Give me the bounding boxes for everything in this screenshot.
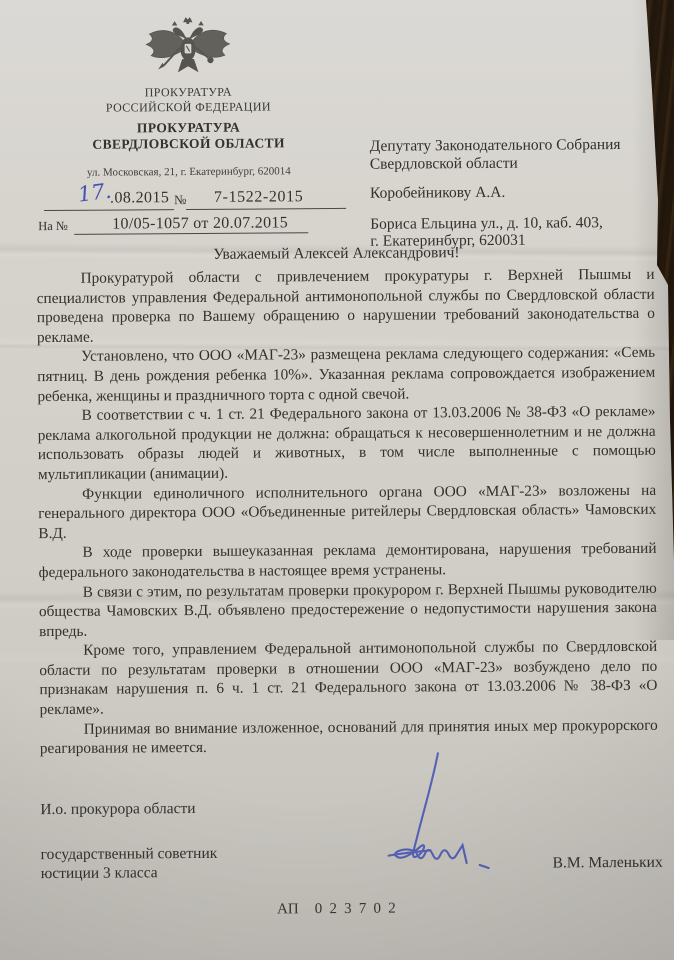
recipient-name: Коробейникову А.А.: [370, 183, 654, 202]
reference-label: На №: [38, 219, 68, 234]
recipient-block: Депутату Законодательного Собрания Сверд…: [370, 136, 655, 250]
salutation: Уважаемый Алексей Александрович!: [36, 243, 636, 265]
form-number-prefix: АП: [277, 901, 299, 917]
org-region-line1: ПРОКУРАТУРА: [55, 119, 321, 137]
signer-position: И.о. прокурора области: [40, 800, 195, 819]
number-sign: №: [174, 192, 187, 208]
body-paragraph: Прокуратурой области с привлечением прок…: [37, 265, 656, 348]
body-paragraph: В ходе проверки вышеуказанная реклама де…: [38, 539, 656, 583]
reference-row: На № 10/05-1057 от 20.07.2015: [38, 213, 350, 241]
recipient-title-line1: Депутату Законодательного Собрания: [370, 136, 654, 155]
body-paragraph: Принимая во внимание изложенное, основан…: [40, 715, 658, 759]
body-paragraph: В соответствии с ч. 1 ст. 21 Федеральног…: [37, 402, 656, 485]
letter-body: Прокуратурой области с привлечением прок…: [37, 265, 658, 759]
outgoing-number: 7-1522-2015: [214, 188, 303, 207]
recipient-address-line1: Бориса Ельцина ул., д. 10, каб. 403,: [370, 213, 654, 232]
body-paragraph: Установлено, что ООО «МАГ-23» размещена …: [37, 343, 655, 406]
reference-number: 10/05-1057 от 20.07.2015: [112, 214, 288, 233]
org-federation-line2: РОССИЙСКОЙ ФЕДЕРАЦИИ: [55, 99, 321, 116]
printed-date: .08.2015: [110, 189, 169, 207]
signer-rank-line1: государственный советник: [41, 843, 301, 864]
letter-content: ПРОКУРАТУРА РОССИЙСКОЙ ФЕДЕРАЦИИ ПРОКУРА…: [0, 0, 674, 960]
coat-of-arms-icon: [140, 14, 236, 85]
org-region-name: ПРОКУРАТУРА СВЕРДЛОВСКОЙ ОБЛАСТИ: [55, 119, 321, 153]
org-region-line2: СВЕРДЛОВСКОЙ ОБЛАСТИ: [56, 135, 322, 153]
handwritten-date: 17.: [77, 179, 113, 207]
recipient-title-line2: Свердловской области: [370, 153, 654, 172]
body-paragraph: Функции единоличного исполнительного орг…: [38, 480, 656, 543]
body-paragraph: В связи с этим, по результатам проверки …: [39, 578, 657, 641]
date-underline: [44, 209, 174, 211]
number-underline: [186, 208, 346, 210]
org-federation-name: ПРОКУРАТУРА РОССИЙСКОЙ ФЕДЕРАЦИИ: [55, 84, 321, 116]
org-address: ул. Московская, 21, г. Екатеринбург, 620…: [36, 165, 342, 179]
body-paragraph: Кроме того, управлением Федеральной анти…: [39, 637, 658, 720]
date-number-row: 17. .08.2015 № 7-1522-2015: [38, 185, 350, 215]
form-number-digits: 023702: [315, 901, 403, 918]
signer-rank: государственный советник юстиции 3 класс…: [41, 843, 301, 883]
form-number: АП023702: [3, 899, 674, 921]
signer-name: В.М. Маленьких: [473, 854, 663, 873]
signer-rank-line2: юстиции 3 класса: [41, 862, 301, 883]
document-photo: ПРОКУРАТУРА РОССИЙСКОЙ ФЕДЕРАЦИИ ПРОКУРА…: [0, 0, 674, 960]
